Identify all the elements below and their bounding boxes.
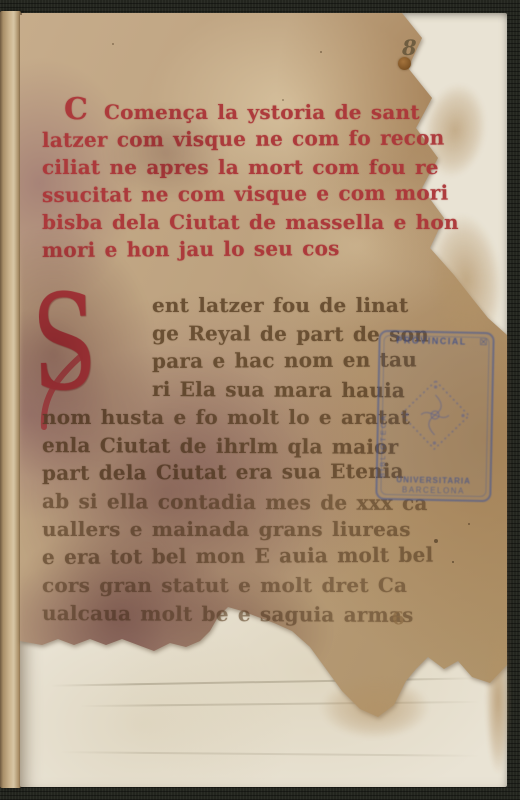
stamp-bottom-text-1: UNIVERSITARIA — [384, 475, 484, 486]
body-line: e era tot bel mon E auia molt bel — [42, 541, 434, 571]
rubric-line: bisba dela Ciutat de massella e hon — [42, 209, 459, 237]
rubric-line: ssucitat ne com visque e com mori — [42, 179, 459, 209]
book-spine-edge — [0, 11, 21, 788]
stamp-left-text: BIBLIOTECA — [378, 352, 390, 478]
rubric-line: ciliat ne apres la mort com fou re — [42, 154, 459, 182]
manuscript-scan: 8 C Comença la ystoria de sant latzer co… — [0, 0, 520, 800]
stamp-ornament-icon — [394, 374, 476, 456]
body-line: cors gran statut e molt dret Ca — [42, 571, 433, 599]
capitulum-initial: C — [64, 96, 88, 124]
rubric-line: latzer com visque ne com fo recon — [42, 124, 459, 154]
stamp-bottom-text-2: BARCELONA — [383, 485, 483, 496]
body-text-block: nom husta e fo molt lo e aratat enla Ciu… — [42, 403, 433, 627]
rubric-line: mori e hon jau lo seu cos — [42, 234, 459, 264]
wormhole-mark — [398, 57, 411, 70]
stamp-top-text: PROVINCIAL — [386, 335, 476, 347]
body-line: ent latzer fou de linat — [152, 291, 429, 319]
body-line: ualcaua molt be e saguia armas — [42, 599, 434, 629]
stamp-corner-icon: ☒ — [479, 337, 487, 348]
body-line: nom husta e fo molt lo e aratat — [42, 403, 433, 431]
body-line: uallers e mainada grans liureas — [42, 515, 433, 543]
library-stamp: PROVINCIAL ☒ BIBLIOTECA UNIVERSITARIA BA… — [375, 330, 495, 502]
page-corner-number: 6 — [391, 608, 406, 630]
ink-specks — [20, 13, 22, 15]
rubric-line: Comença la ystoria de sant — [104, 99, 459, 127]
manuscript-page: 8 C Comença la ystoria de sant latzer co… — [20, 13, 507, 787]
rubric-block: C Comença la ystoria de sant latzer com … — [42, 99, 459, 264]
